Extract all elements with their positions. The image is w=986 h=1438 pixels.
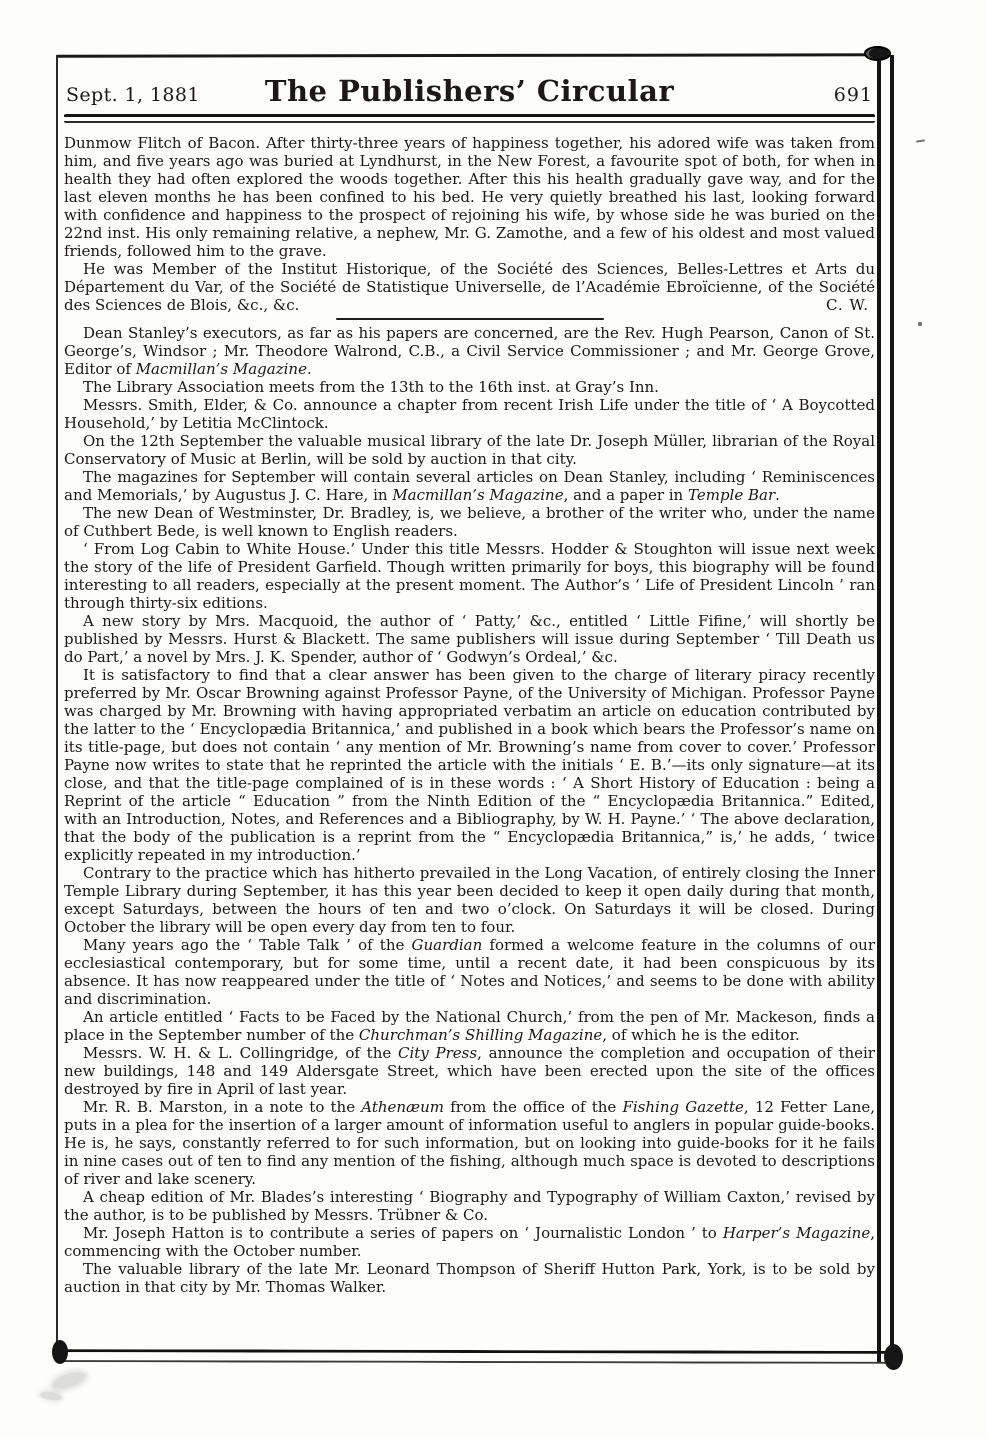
paragraph: On the 12th September the valuable music…: [64, 432, 875, 468]
text-run: Messrs. W. H. & L. Collingridge, of the: [83, 1044, 398, 1062]
paragraph: An article entitled ‘ Facts to be Faced …: [64, 1008, 875, 1044]
page-content: Sept. 1, 1881 The Publishers’ Circular 6…: [64, 58, 875, 1296]
text-run: He was Member of the Institut Historique…: [64, 260, 875, 314]
scan-smudge: [51, 1369, 87, 1392]
text-run: A new story by Mrs. Macquoid, the author…: [64, 612, 875, 666]
italic-title: Macmillan’s Magazine: [392, 486, 563, 504]
header-double-rule: [64, 114, 875, 123]
italic-title: Churchman’s Shilling Magazine: [359, 1026, 602, 1044]
paragraph: A new story by Mrs. Macquoid, the author…: [64, 612, 875, 666]
paragraph: It is satisfactory to find that a clear …: [64, 666, 875, 864]
text-run: Mr. Joseph Hatton is to contribute a ser…: [83, 1224, 723, 1242]
paragraph: The valuable library of the late Mr. Leo…: [64, 1260, 875, 1296]
corner-bolt-icon: [884, 1344, 903, 1370]
paragraph: Mr. Joseph Hatton is to contribute a ser…: [64, 1224, 875, 1260]
paragraph: He was Member of the Institut Historique…: [64, 260, 875, 314]
frame-right-rule: [877, 55, 894, 1363]
text-run: Mr. R. B. Marston, in a note to the: [83, 1098, 361, 1116]
text-run: The Library Association meets from the 1…: [83, 378, 659, 396]
section-divider-rule: [336, 318, 604, 320]
text-run: The valuable library of the late Mr. Leo…: [64, 1260, 875, 1296]
paragraph: ‘ From Log Cabin to White House.’ Under …: [64, 540, 875, 612]
paragraph: Messrs. Smith, Elder, & Co. announce a c…: [64, 396, 875, 432]
publication-title: The Publishers’ Circular: [246, 74, 693, 108]
paragraph: Contrary to the practice which has hithe…: [64, 864, 875, 936]
text-run: .: [775, 486, 780, 504]
text-run: Many years ago the ‘ Table Talk ’ of the: [83, 936, 412, 954]
italic-title: Macmillan’s Magazine: [136, 360, 307, 378]
text-run: .: [307, 360, 312, 378]
italic-title: Temple Bar: [688, 486, 775, 504]
italic-title: Fishing Gazette: [622, 1098, 743, 1116]
paragraph: A cheap edition of Mr. Blades’s interest…: [64, 1188, 875, 1224]
section-obituary-continuation: Dunmow Flitch of Bacon. After thirty-thr…: [64, 134, 875, 314]
paragraph: Many years ago the ‘ Table Talk ’ of the…: [64, 936, 875, 1008]
frame-bottom-rule: [60, 1349, 890, 1364]
paragraph: The Library Association meets from the 1…: [64, 378, 875, 396]
text-run: Contrary to the practice which has hithe…: [64, 864, 875, 936]
text-run: It is satisfactory to find that a clear …: [64, 666, 875, 864]
text-run: Messrs. Smith, Elder, & Co. announce a c…: [64, 396, 875, 432]
paragraph: The magazines for September will contain…: [64, 468, 875, 504]
frame-left-rule: [56, 55, 58, 1360]
paragraph: Dean Stanley’s executors, as far as his …: [64, 324, 875, 378]
italic-title: Guardian: [412, 936, 483, 954]
italic-title: Harper’s Magazine: [723, 1224, 870, 1242]
author-initials: C. W.: [807, 296, 875, 314]
section-literary-news-notes: Dean Stanley’s executors, as far as his …: [64, 324, 875, 1296]
text-run: Dunmow Flitch of Bacon. After thirty-thr…: [64, 134, 875, 260]
paragraph: Messrs. W. H. & L. Collingridge, of the …: [64, 1044, 875, 1098]
scan-artifact-mark: [916, 139, 925, 142]
article: Dunmow Flitch of Bacon. After thirty-thr…: [64, 134, 875, 1296]
italic-title: Athenæum: [361, 1098, 444, 1116]
text-run: , and a paper in: [564, 486, 688, 504]
text-run: from the office of the: [444, 1098, 622, 1116]
text-run: On the 12th September the valuable music…: [64, 432, 875, 468]
scan-smudge: [39, 1390, 62, 1402]
text-run: The new Dean of Westminster, Dr. Bradley…: [64, 504, 875, 540]
text-run: , of which he is the editor.: [602, 1026, 800, 1044]
text-run: A cheap edition of Mr. Blades’s interest…: [64, 1188, 875, 1224]
corner-bolt-icon: [52, 1340, 68, 1364]
scanned-page: Sept. 1, 1881 The Publishers’ Circular 6…: [0, 0, 986, 1438]
paragraph: Dunmow Flitch of Bacon. After thirty-thr…: [64, 134, 875, 260]
page-header: Sept. 1, 1881 The Publishers’ Circular 6…: [64, 74, 875, 108]
paragraph: Mr. R. B. Marston, in a note to the Athe…: [64, 1098, 875, 1188]
paragraph: The new Dean of Westminster, Dr. Bradley…: [64, 504, 875, 540]
italic-title: City Press: [398, 1044, 477, 1062]
text-run: ‘ From Log Cabin to White House.’ Under …: [64, 540, 875, 612]
scan-artifact-mark: [918, 322, 923, 327]
issue-date: Sept. 1, 1881: [66, 84, 246, 106]
page-number: 691: [693, 84, 873, 106]
